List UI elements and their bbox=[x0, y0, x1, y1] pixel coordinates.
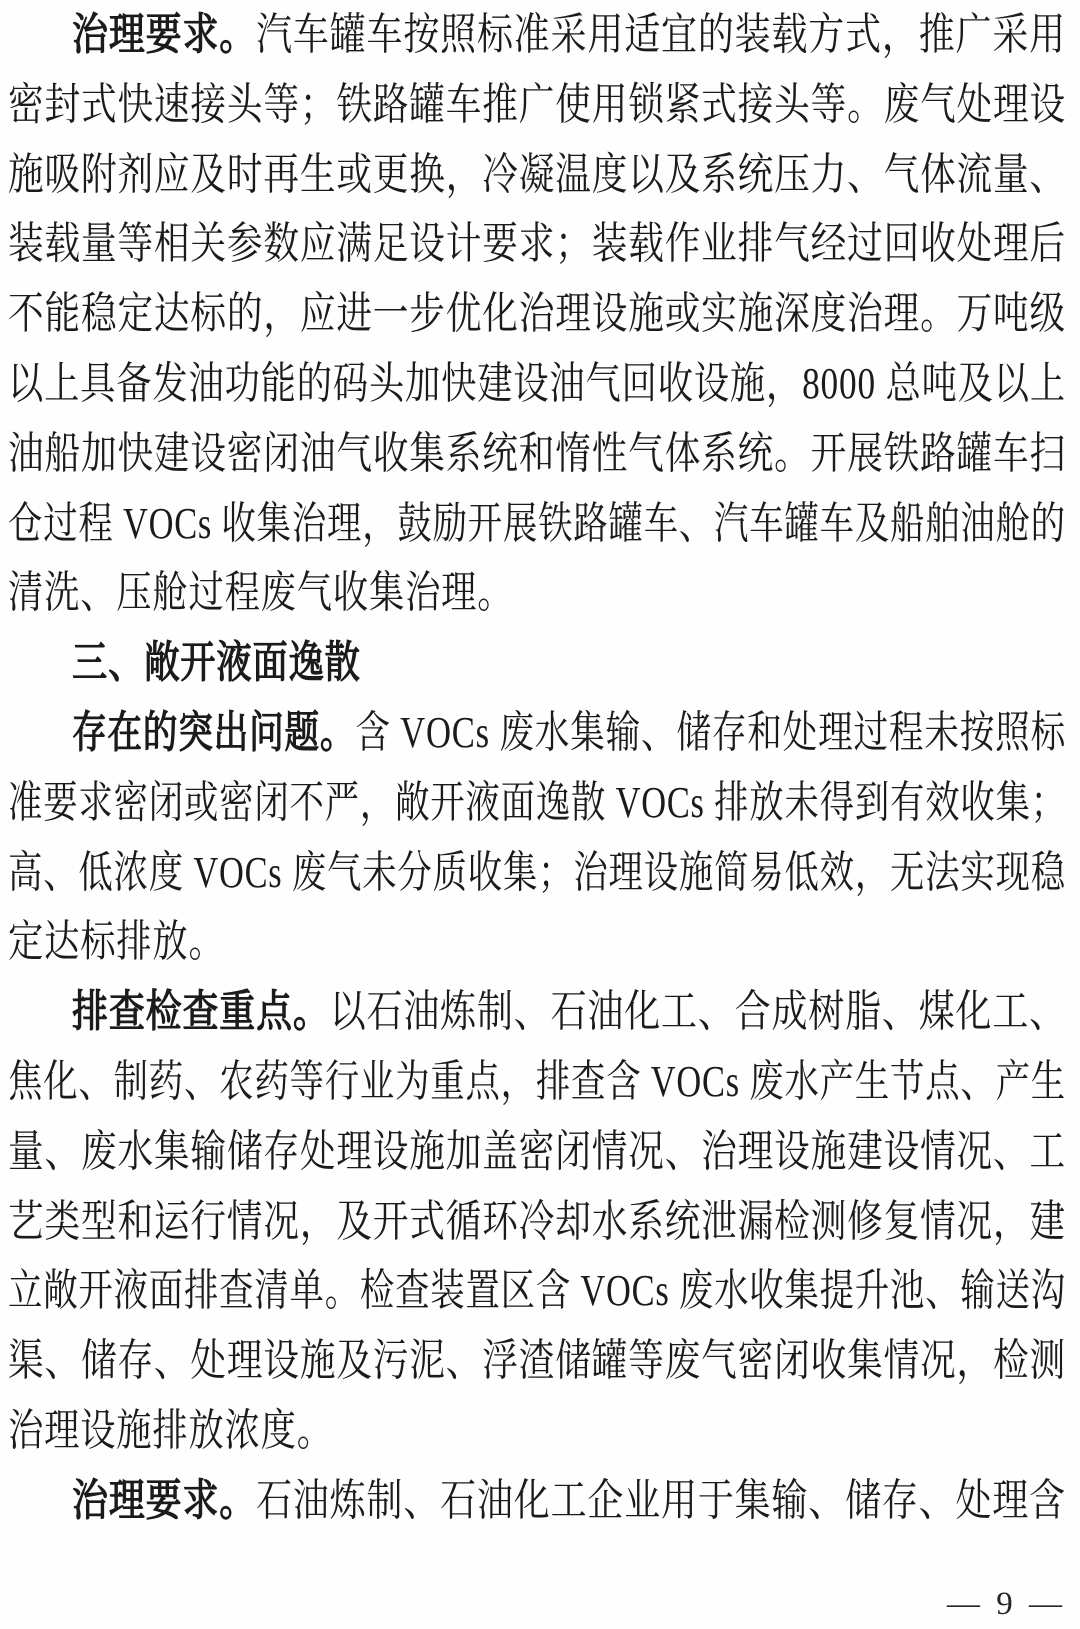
body-text: 定达标排放。 bbox=[8, 917, 225, 966]
body-text: 含 VOCs 废水集输、储存和处理过程未按照标 bbox=[355, 708, 1066, 757]
text-line: 仓过程 VOCs 收集治理，鼓励开展铁路罐车、汽车罐车及船舶油舱的 bbox=[8, 489, 1066, 559]
text-line: 排查检查重点。以石油炼制、石油化工、合成树脂、煤化工、 bbox=[8, 977, 1066, 1047]
emphasis-text: 三、敞开液面逸散 bbox=[72, 638, 361, 687]
scanned-document-page: 治理要求。汽车罐车按照标准采用适宜的装载方式，推广采用密封式快速接头等；铁路罐车… bbox=[0, 0, 1080, 1629]
body-text: 量、废水集输储存处理设施加盖密闭情况、治理设施建设情况、工 bbox=[8, 1127, 1066, 1176]
emphasis-text: 治理要求。 bbox=[72, 10, 256, 59]
text-line: 清洗、压舱过程废气收集治理。 bbox=[8, 558, 1066, 628]
section-heading: 三、敞开液面逸散 bbox=[8, 628, 1066, 698]
text-line: 以上具备发油功能的码头加快建设油气回收设施，8000 总吨及以上 bbox=[8, 349, 1066, 419]
line-text: 油船加快建设密闭油气收集系统和惰性气体系统。开展铁路罐车扫 bbox=[8, 419, 1066, 489]
text-line: 装载量等相关参数应满足设计要求；装载作业排气经过回收处理后 bbox=[8, 209, 1066, 279]
body-text: 治理设施排放浓度。 bbox=[8, 1406, 333, 1455]
page-number: — 9 — bbox=[947, 1586, 1066, 1623]
text-line: 焦化、制药、农药等行业为重点，排查含 VOCs 废水产生节点、产生 bbox=[8, 1047, 1066, 1117]
body-text: 施吸附剂应及时再生或更换，冷凝温度以及系统压力、气体流量、 bbox=[8, 150, 1066, 199]
line-text: 装载量等相关参数应满足设计要求；装载作业排气经过回收处理后 bbox=[8, 209, 1066, 279]
body-text: 清洗、压舱过程废气收集治理。 bbox=[8, 568, 513, 617]
text-line: 渠、储存、处理设施及污泥、浮渣储罐等废气密闭收集情况，检测 bbox=[8, 1326, 1066, 1396]
text-line: 立敞开液面排查清单。检查装置区含 VOCs 废水收集提升池、输送沟 bbox=[8, 1256, 1066, 1326]
body-text: 以上具备发油功能的码头加快建设油气回收设施，8000 总吨及以上 bbox=[8, 359, 1066, 408]
line-text: 立敞开液面排查清单。检查装置区含 VOCs 废水收集提升池、输送沟 bbox=[8, 1256, 1066, 1326]
text-line: 治理设施排放浓度。 bbox=[8, 1396, 1066, 1466]
line-text: 密封式快速接头等；铁路罐车推广使用锁紧式接头等。废气处理设 bbox=[8, 70, 1066, 140]
line-text: 施吸附剂应及时再生或更换，冷凝温度以及系统压力、气体流量、 bbox=[8, 140, 1066, 210]
body-text: 艺类型和运行情况，及开式循环冷却水系统泄漏检测修复情况，建 bbox=[8, 1197, 1066, 1246]
text-line: 油船加快建设密闭油气收集系统和惰性气体系统。开展铁路罐车扫 bbox=[8, 419, 1066, 489]
line-text: 艺类型和运行情况，及开式循环冷却水系统泄漏检测修复情况，建 bbox=[8, 1187, 1066, 1257]
body-text: 汽车罐车按照标准采用适宜的装载方式，推广采用 bbox=[256, 10, 1066, 59]
body-text: 渠、储存、处理设施及污泥、浮渣储罐等废气密闭收集情况，检测 bbox=[8, 1336, 1066, 1385]
body-text: 仓过程 VOCs 收集治理，鼓励开展铁路罐车、汽车罐车及船舶油舱的 bbox=[8, 499, 1066, 548]
body-text: 高、低浓度 VOCs 废气未分质收集；治理设施简易低效，无法实现稳 bbox=[8, 848, 1066, 897]
line-text: 以上具备发油功能的码头加快建设油气回收设施，8000 总吨及以上 bbox=[8, 349, 1066, 419]
body-text: 密封式快速接头等；铁路罐车推广使用锁紧式接头等。废气处理设 bbox=[8, 80, 1066, 129]
body-text: 装载量等相关参数应满足设计要求；装载作业排气经过回收处理后 bbox=[8, 219, 1066, 268]
text-line: 高、低浓度 VOCs 废气未分质收集；治理设施简易低效，无法实现稳 bbox=[8, 838, 1066, 908]
body-text: 立敞开液面排查清单。检查装置区含 VOCs 废水收集提升池、输送沟 bbox=[8, 1266, 1066, 1315]
line-text: 治理设施排放浓度。 bbox=[8, 1396, 333, 1466]
line-text: 高、低浓度 VOCs 废气未分质收集；治理设施简易低效，无法实现稳 bbox=[8, 838, 1066, 908]
body-text: 油船加快建设密闭油气收集系统和惰性气体系统。开展铁路罐车扫 bbox=[8, 429, 1066, 478]
body-text: 准要求密闭或密闭不严，敞开液面逸散 VOCs 排放未得到有效收集； bbox=[8, 778, 1066, 827]
body-text: 焦化、制药、农药等行业为重点，排查含 VOCs 废水产生节点、产生 bbox=[8, 1057, 1066, 1106]
line-text: 焦化、制药、农药等行业为重点，排查含 VOCs 废水产生节点、产生 bbox=[8, 1047, 1066, 1117]
body-text: 以石油炼制、石油化工、合成树脂、煤化工、 bbox=[330, 987, 1066, 1036]
body-text: 石油炼制、石油化工企业用于集输、储存、处理含 bbox=[256, 1476, 1066, 1525]
text-line: 治理要求。石油炼制、石油化工企业用于集输、储存、处理含 bbox=[8, 1466, 1066, 1536]
text-line: 量、废水集输储存处理设施加盖密闭情况、治理设施建设情况、工 bbox=[8, 1117, 1066, 1187]
line-text: 准要求密闭或密闭不严，敞开液面逸散 VOCs 排放未得到有效收集； bbox=[8, 768, 1066, 838]
line-text: 治理要求。汽车罐车按照标准采用适宜的装载方式，推广采用 bbox=[72, 0, 1066, 70]
emphasis-text: 治理要求。 bbox=[72, 1476, 256, 1525]
text-line: 治理要求。汽车罐车按照标准采用适宜的装载方式，推广采用 bbox=[8, 0, 1066, 70]
line-text: 存在的突出问题。含 VOCs 废水集输、储存和处理过程未按照标 bbox=[72, 698, 1066, 768]
line-text: 治理要求。石油炼制、石油化工企业用于集输、储存、处理含 bbox=[72, 1466, 1066, 1536]
line-text: 渠、储存、处理设施及污泥、浮渣储罐等废气密闭收集情况，检测 bbox=[8, 1326, 1066, 1396]
line-text: 量、废水集输储存处理设施加盖密闭情况、治理设施建设情况、工 bbox=[8, 1117, 1066, 1187]
document-body: 治理要求。汽车罐车按照标准采用适宜的装载方式，推广采用密封式快速接头等；铁路罐车… bbox=[8, 0, 1066, 1536]
text-line: 不能稳定达标的，应进一步优化治理设施或实施深度治理。万吨级 bbox=[8, 279, 1066, 349]
body-text: 不能稳定达标的，应进一步优化治理设施或实施深度治理。万吨级 bbox=[8, 289, 1066, 338]
line-text: 定达标排放。 bbox=[8, 907, 225, 977]
text-line: 准要求密闭或密闭不严，敞开液面逸散 VOCs 排放未得到有效收集； bbox=[8, 768, 1066, 838]
line-text: 清洗、压舱过程废气收集治理。 bbox=[8, 558, 513, 628]
text-line: 存在的突出问题。含 VOCs 废水集输、储存和处理过程未按照标 bbox=[8, 698, 1066, 768]
line-text: 三、敞开液面逸散 bbox=[72, 628, 361, 698]
text-line: 艺类型和运行情况，及开式循环冷却水系统泄漏检测修复情况，建 bbox=[8, 1187, 1066, 1257]
emphasis-text: 排查检查重点。 bbox=[72, 987, 330, 1036]
text-line: 定达标排放。 bbox=[8, 907, 1066, 977]
text-line: 施吸附剂应及时再生或更换，冷凝温度以及系统压力、气体流量、 bbox=[8, 140, 1066, 210]
emphasis-text: 存在的突出问题。 bbox=[72, 708, 355, 757]
text-line: 密封式快速接头等；铁路罐车推广使用锁紧式接头等。废气处理设 bbox=[8, 70, 1066, 140]
line-text: 不能稳定达标的，应进一步优化治理设施或实施深度治理。万吨级 bbox=[8, 279, 1066, 349]
line-text: 排查检查重点。以石油炼制、石油化工、合成树脂、煤化工、 bbox=[72, 977, 1066, 1047]
line-text: 仓过程 VOCs 收集治理，鼓励开展铁路罐车、汽车罐车及船舶油舱的 bbox=[8, 489, 1066, 559]
